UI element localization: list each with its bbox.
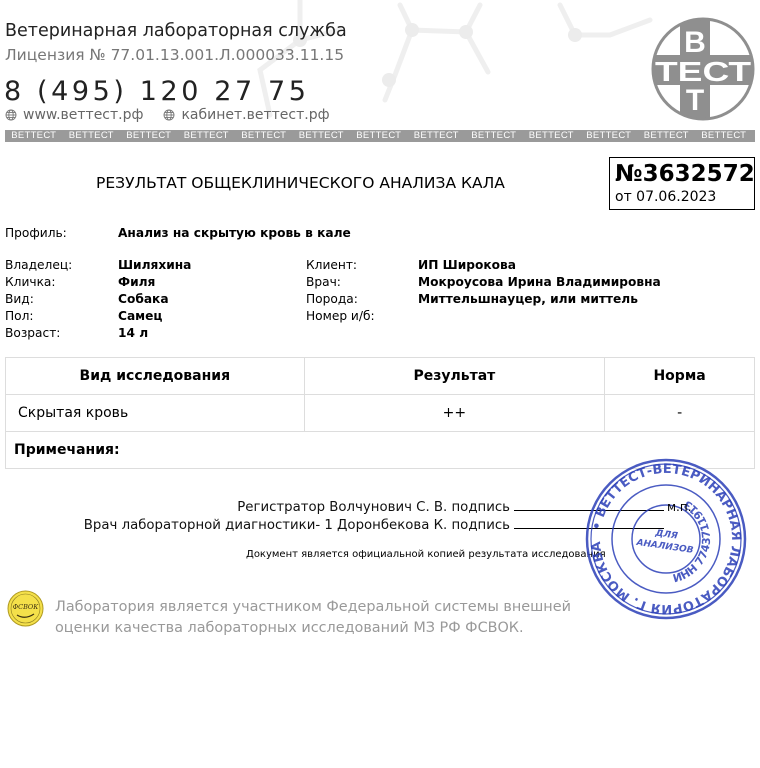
strip-word: ВЕТТЕСТ (638, 130, 696, 142)
breed-value: Миттельшнауцер, или миттель (418, 292, 638, 306)
doctor-signature: Врач лабораторной диагностики- 1 Доронбе… (84, 518, 664, 533)
client-value: ИП Широкова (418, 258, 516, 272)
age-label: Возраст: (5, 326, 60, 340)
license-number: Лицензия № 77.01.13.001.Л.000033.11.15 (5, 46, 344, 64)
svg-text:АНАЛИЗОВ: АНАЛИЗОВ (635, 538, 694, 556)
species-label: Вид: (5, 292, 34, 306)
sex-value: Самец (118, 309, 162, 323)
result-cell: ++ (304, 395, 605, 432)
document-date: от 07.06.2023 (615, 189, 716, 205)
table-row: Скрытая кровь ++ - (6, 395, 755, 432)
test-name-cell: Скрытая кровь (6, 395, 305, 432)
stamp-mark: м.п. (667, 500, 692, 514)
column-header: Вид исследования (6, 358, 305, 395)
column-header: Результат (304, 358, 605, 395)
official-stamp: • ВЕТТЕСТ-ВЕТЕРИНАРНАЯ ЛАБОРАТОРИЯ Г. МО… (584, 457, 748, 621)
profile-value: Анализ на скрытую кровь в кале (118, 226, 351, 240)
nickname-value: Филя (118, 275, 155, 289)
strip-word: ВЕТТЕСТ (695, 130, 753, 142)
column-header: Норма (605, 358, 755, 395)
website-link-label: www.веттест.рф (23, 107, 143, 123)
doctor-value: Мокроусова Ирина Владимировна (418, 275, 661, 289)
doctor-label: Врач: (306, 275, 341, 289)
svg-text:В: В (684, 26, 706, 59)
strip-word: ВЕТТЕСТ (350, 130, 408, 142)
website-link[interactable]: www.веттест.рф (5, 107, 143, 123)
strip-word: ВЕТТЕСТ (580, 130, 638, 142)
age-value: 14 л (118, 326, 148, 340)
svg-text:Т: Т (686, 84, 704, 117)
phone-number[interactable]: 8 (495) 120 27 75 (4, 76, 310, 107)
owner-label: Владелец: (5, 258, 72, 272)
strip-word: ВЕТТЕСТ (523, 130, 581, 142)
table-header-row: Вид исследования Результат Норма (6, 358, 755, 395)
nickname-label: Кличка: (5, 275, 56, 289)
registrar-signature-text: Регистратор Волчунович С. В. подпись (237, 500, 510, 515)
document-number-box: №3632572 от 07.06.2023 (609, 157, 755, 210)
document-number: №3632572 (615, 161, 755, 187)
strip-word: ВЕТТЕСТ (120, 130, 178, 142)
globe-icon (163, 109, 175, 121)
doctor-signature-text: Врач лабораторной диагностики- 1 Доронбе… (84, 518, 510, 533)
fsvok-notice: Лаборатория является участником Федераль… (55, 597, 575, 639)
official-copy-note: Документ является официальной копией рез… (246, 549, 606, 560)
fsvok-badge: ФСВОК (7, 590, 44, 627)
svg-text:ТЕСТ: ТЕСТ (655, 56, 751, 87)
species-value: Собака (118, 292, 169, 306)
strip-word: ВЕТТЕСТ (465, 130, 523, 142)
organization-name: Ветеринарная лабораторная служба (5, 21, 347, 41)
norm-cell: - (605, 395, 755, 432)
results-table: Вид исследования Результат Норма Скрытая… (5, 357, 755, 469)
client-label: Клиент: (306, 258, 357, 272)
sex-label: Пол: (5, 309, 34, 323)
owner-value: Шиляхина (118, 258, 191, 272)
brand-strip: ВЕТТЕСТВЕТТЕСТВЕТТЕСТВЕТТЕСТВЕТТЕСТВЕТТЕ… (5, 130, 755, 142)
globe-icon (5, 109, 17, 121)
breed-label: Порода: (306, 292, 358, 306)
svg-text:ДЛЯ: ДЛЯ (654, 528, 679, 541)
strip-word: ВЕТТЕСТ (408, 130, 466, 142)
case-number-label: Номер и/б: (306, 309, 375, 323)
strip-word: ВЕТТЕСТ (63, 130, 121, 142)
strip-word: ВЕТТЕСТ (293, 130, 351, 142)
website-links: www.веттест.рф кабинет.веттест.рф (5, 107, 330, 123)
strip-word: ВЕТТЕСТ (5, 130, 63, 142)
profile-label: Профиль: (5, 226, 67, 240)
strip-word: ВЕТТЕСТ (235, 130, 293, 142)
vettest-logo: В ТЕСТ Т (651, 17, 755, 121)
document-title: РЕЗУЛЬТАТ ОБЩЕКЛИНИЧЕСКОГО АНАЛИЗА КАЛА (96, 174, 505, 192)
cabinet-link-label: кабинет.веттест.рф (181, 107, 329, 123)
strip-word: ВЕТТЕСТ (178, 130, 236, 142)
svg-text:ФСВОК: ФСВОК (13, 603, 39, 611)
cabinet-link[interactable]: кабинет.веттест.рф (163, 107, 329, 123)
